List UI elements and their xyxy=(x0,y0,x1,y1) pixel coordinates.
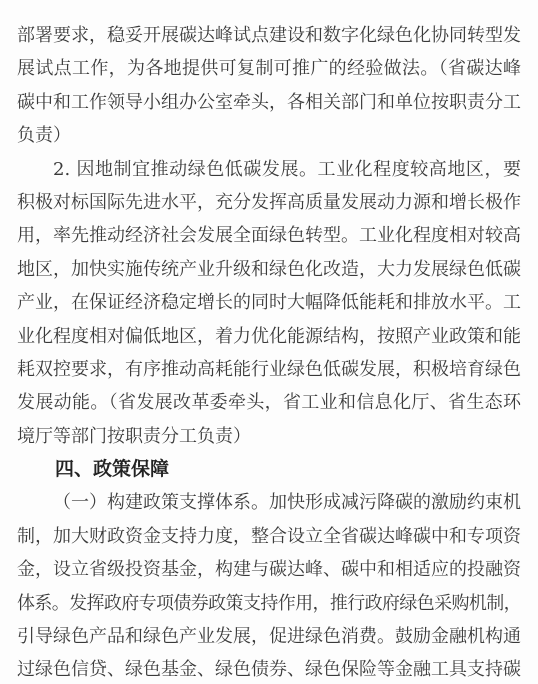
section-heading: 四、政策保障 xyxy=(17,453,521,486)
text-line: 体系。发挥政府专项债券政策支持作用，推行政府绿色采购机制， xyxy=(17,587,521,620)
text-line: 地区，加快实施传统产业升级和绿色化改造，大力发展绿色低碳 xyxy=(17,253,521,286)
text-line: 发展动能。（省发展改革委牵头，省工业和信息化厅、省生态环 xyxy=(17,386,521,419)
text-line: 引导绿色产品和绿色产业发展，促进绿色消费。鼓励金融机构通 xyxy=(17,620,521,653)
text-line: 制，加大财政资金支持力度，整合设立全省碳达峰碳中和专项资 xyxy=(17,520,521,553)
text-line: 部署要求，稳妥开展碳达峰试点建设和数字化绿色化协同转型发 xyxy=(17,19,521,52)
text-line: 过绿色信贷、绿色基金、绿色债券、绿色保险等金融工具支持碳 xyxy=(17,653,521,684)
text-line: 碳中和工作领导小组办公室牵头，各相关部门和单位按职责分工 xyxy=(17,86,521,119)
text-line: 境厅等部门按职责分工负责） xyxy=(17,420,521,453)
text-line: 用，率先推动经济社会发展全面绿色转型。工业化程度相对较高 xyxy=(17,219,521,252)
text-line: 业化程度相对偏低地区，着力优化能源结构，按照产业政策和能 xyxy=(17,320,521,353)
text-line: 负责） xyxy=(17,119,521,152)
document-page: 部署要求，稳妥开展碳达峰试点建设和数字化绿色化协同转型发 展试点工作，为各地提供… xyxy=(0,0,538,684)
text-line: 金，设立省级投资基金，构建与碳达峰、碳中和相适应的投融资 xyxy=(17,553,521,586)
text-line: （一）构建政策支撑体系。加快形成减污降碳的激励约束机 xyxy=(17,486,521,519)
text-line: 2. 因地制宜推动绿色低碳发展。工业化程度较高地区，要 xyxy=(17,153,521,186)
document-body: 部署要求，稳妥开展碳达峰试点建设和数字化绿色化协同转型发 展试点工作，为各地提供… xyxy=(17,19,521,684)
text-line: 展试点工作，为各地提供可复制可推广的经验做法。（省碳达峰 xyxy=(17,52,521,85)
text-line: 耗双控要求，有序推动高耗能行业绿色低碳发展，积极培育绿色 xyxy=(17,353,521,386)
text-line: 积极对标国际先进水平，充分发挥高质量发展动力源和增长极作 xyxy=(17,186,521,219)
text-line: 产业，在保证经济稳定增长的同时大幅降低能耗和排放水平。工 xyxy=(17,286,521,319)
